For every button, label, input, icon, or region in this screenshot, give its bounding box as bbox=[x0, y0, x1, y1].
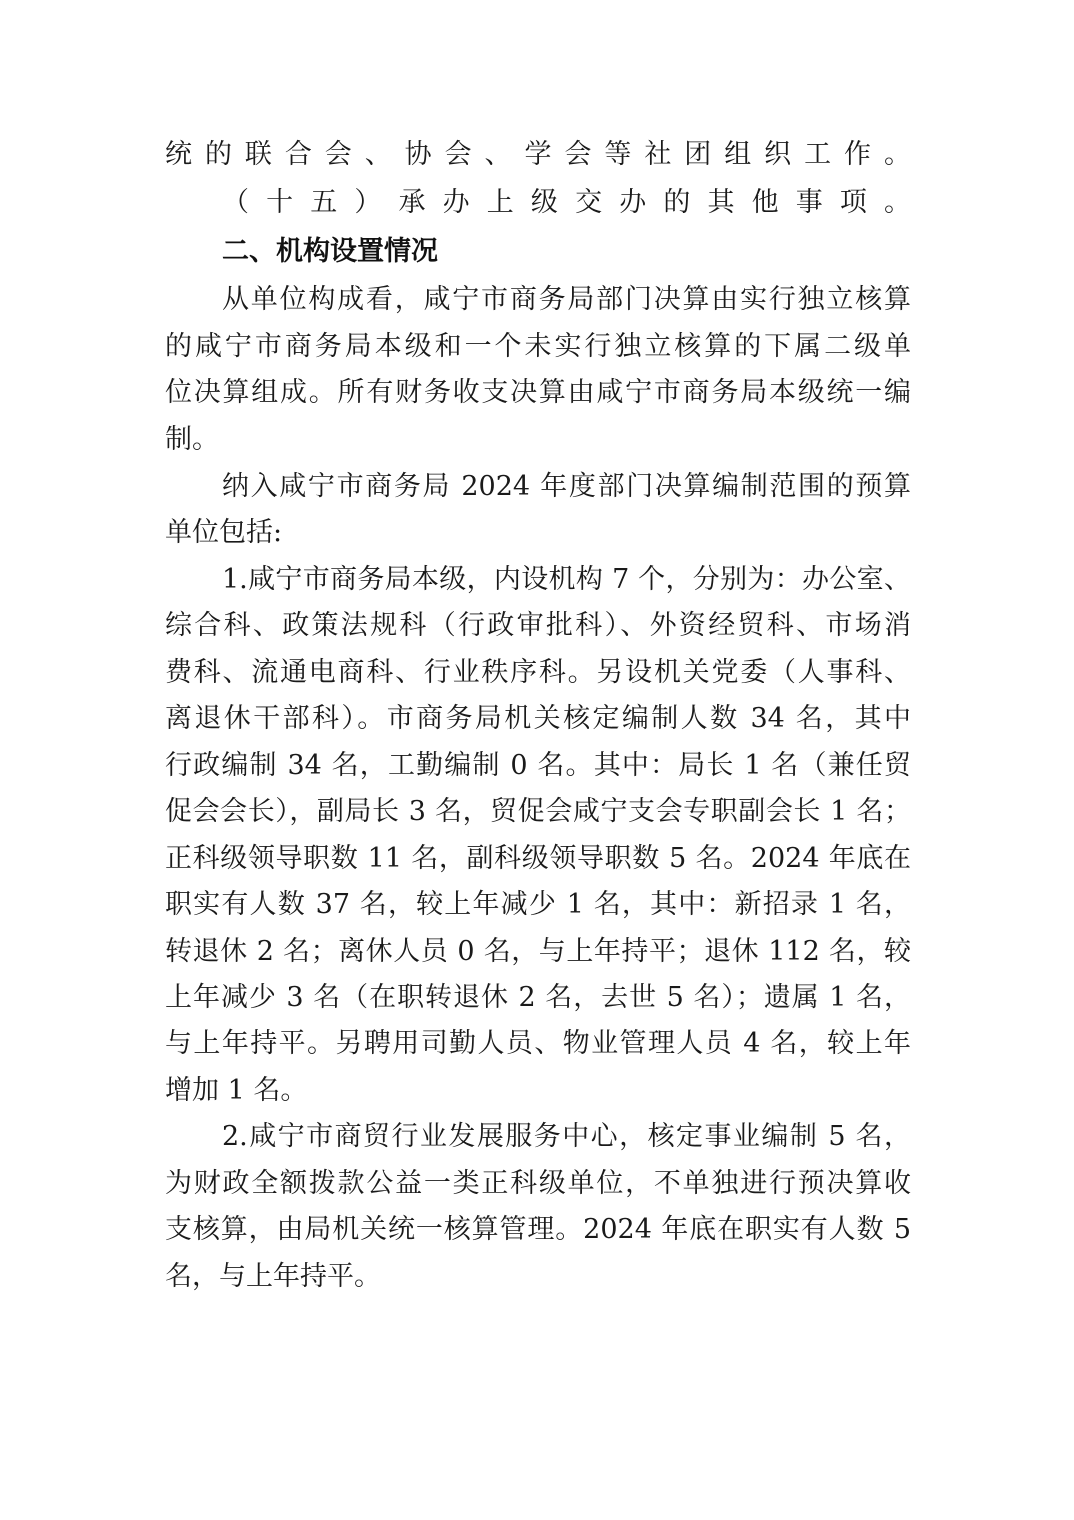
text-line: 增加 1 名。 bbox=[165, 1068, 911, 1114]
text-line: （十五）承办上级交办的其他事项。 bbox=[222, 180, 911, 226]
text-line: 的咸宁市商务局本级和一个未实行独立核算的下属二级单 bbox=[165, 324, 911, 370]
section-heading: 二、机构设置情况 bbox=[222, 229, 911, 275]
text-line: 职实有人数 37 名，较上年减少 1 名，其中：新招录 1 名， bbox=[165, 882, 911, 928]
text-line: 离退休干部科）。市商务局机关核定编制人数 34 名，其中 bbox=[165, 696, 911, 742]
text-line: 1.咸宁市商务局本级，内设机构 7 个，分别为：办公室、 bbox=[222, 557, 911, 603]
text-line: 行政编制 34 名，工勤编制 0 名。其中：局长 1 名（兼任贸 bbox=[165, 743, 911, 789]
text-line: 统的联合会、协会、学会等社团组织工作。 bbox=[165, 132, 911, 178]
text-line: 支核算，由局机关统一核算管理。2024 年底在职实有人数 5 bbox=[165, 1207, 911, 1253]
text-line: 名，与上年持平。 bbox=[165, 1254, 911, 1300]
text-line: 上年减少 3 名（在职转退休 2 名，去世 5 名）；遗属 1 名， bbox=[165, 975, 911, 1021]
text-line: 正科级领导职数 11 名，副科级领导职数 5 名。2024 年底在 bbox=[165, 836, 911, 882]
text-line: 单位包括: bbox=[165, 510, 911, 556]
text-line: 综合科、政策法规科（行政审批科）、外资经贸科、市场消 bbox=[165, 603, 911, 649]
text-line: 费科、流通电商科、行业秩序科。另设机关党委（人事科、 bbox=[165, 650, 911, 696]
text-line: 转退休 2 名；离休人员 0 名，与上年持平；退休 112 名，较 bbox=[165, 929, 911, 975]
text-line: 位决算组成。所有财务收支决算由咸宁市商务局本级统一编 bbox=[165, 370, 911, 416]
document-page: 统的联合会、协会、学会等社团组织工作。 （十五）承办上级交办的其他事项。 二、机… bbox=[0, 0, 1074, 1520]
text-line: 促会会长），副局长 3 名，贸促会咸宁支会专职副会长 1 名； bbox=[165, 789, 911, 835]
text-line: 与上年持平。另聘用司勤人员、物业管理人员 4 名，较上年 bbox=[165, 1021, 911, 1067]
text-line: 制。 bbox=[165, 417, 911, 463]
text-line: 纳入咸宁市商务局 2024 年度部门决算编制范围的预算 bbox=[222, 464, 911, 510]
text-line: 为财政全额拨款公益一类正科级单位，不单独进行预决算收 bbox=[165, 1161, 911, 1207]
text-line: 2.咸宁市商贸行业发展服务中心，核定事业编制 5 名， bbox=[222, 1114, 911, 1160]
text-line: 从单位构成看，咸宁市商务局部门决算由实行独立核算 bbox=[222, 277, 911, 323]
